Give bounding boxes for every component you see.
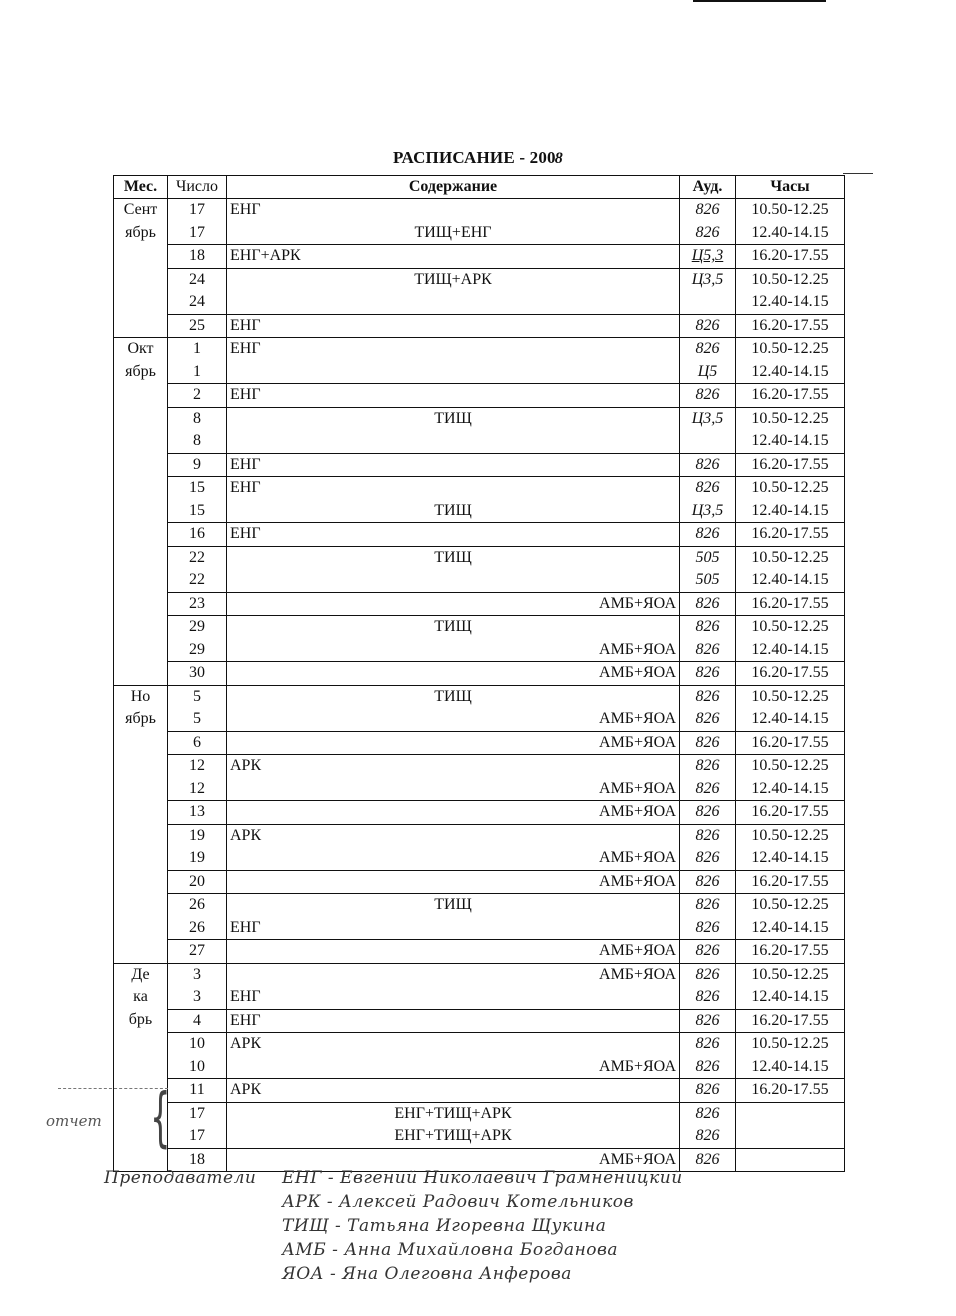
content-value: АМБ+ЯОА — [230, 940, 676, 963]
hours-value: 16.20-17.55 — [739, 245, 841, 268]
month-cell: Сентябрь — [114, 199, 168, 338]
content-cell: АРКАМБ+ЯОА — [227, 824, 680, 870]
day-cell: 2424 — [168, 268, 227, 314]
day-value: 19 — [171, 847, 223, 870]
header-extension-line — [843, 173, 873, 174]
day-cell: 13 — [168, 801, 227, 825]
day-value: 4 — [171, 1010, 223, 1033]
day-value: 15 — [171, 500, 223, 523]
teacher-line: ЯОА - Яна Олеговна Анферова — [282, 1264, 572, 1284]
content-cell: ЕНГ — [227, 314, 680, 338]
content-value: ЕНГ — [230, 917, 676, 940]
content-cell: ТИЩ+АРК — [227, 268, 680, 314]
hours-cell: 16.20-17.55 — [736, 523, 845, 547]
day-value: 8 — [171, 430, 223, 453]
hours-value: 12.40-14.15 — [739, 222, 841, 245]
title-year-digit: 8 — [555, 150, 563, 167]
day-cell: 27 — [168, 940, 227, 964]
day-value: 22 — [171, 547, 223, 570]
month-name-part: Сент — [117, 199, 164, 222]
col-header-month: Мес. — [114, 176, 168, 199]
content-cell: ЕНГТИЩ — [227, 477, 680, 523]
hours-cell: 10.50-12.2512.40-14.15 — [736, 1033, 845, 1079]
day-cell: 6 — [168, 731, 227, 755]
room-value: 826 — [683, 1149, 732, 1172]
hours-value: 10.50-12.25 — [739, 825, 841, 848]
table-row: 1212АРКАМБ+ЯОА82682610.50-12.2512.40-14.… — [114, 755, 845, 801]
room-value: 826 — [683, 338, 732, 361]
hours-cell: 10.50-12.2512.40-14.15 — [736, 338, 845, 384]
content-value: АМБ+ЯОА — [230, 593, 676, 616]
content-cell: ЕНГ — [227, 338, 680, 384]
margin-note: отчет — [46, 1112, 102, 1130]
hours-value — [739, 1125, 841, 1148]
day-value: 1 — [171, 338, 223, 361]
day-value: 17 — [171, 1125, 223, 1148]
hours-cell: 16.20-17.55 — [736, 245, 845, 269]
day-cell: 1212 — [168, 755, 227, 801]
room-value: 826 — [683, 686, 732, 709]
hours-cell: 10.50-12.2512.40-14.15 — [736, 963, 845, 1009]
schedule-table: Мес. Число Содержание Ауд. Часы Сентябрь… — [113, 175, 845, 1172]
hours-value — [739, 1103, 841, 1126]
day-cell: 16 — [168, 523, 227, 547]
room-value: Ц3,5 — [683, 500, 732, 523]
hours-value: 16.20-17.55 — [739, 315, 841, 338]
table-row: 2424ТИЩ+АРК Ц3,5 10.50-12.2512.40-14.15 — [114, 268, 845, 314]
content-value: АМБ+ЯОА — [230, 778, 676, 801]
hours-value: 16.20-17.55 — [739, 1079, 841, 1102]
content-cell: АМБ+ЯОА — [227, 940, 680, 964]
room-cell: 826 — [680, 870, 736, 894]
content-value: АМБ+ЯОА — [230, 662, 676, 685]
content-cell: ТИЩ — [227, 407, 680, 453]
day-cell: 2222 — [168, 546, 227, 592]
hours-value: 16.20-17.55 — [739, 871, 841, 894]
content-value: ЕНГ — [230, 523, 676, 546]
table-row: 23АМБ+ЯОА82616.20-17.55 — [114, 592, 845, 616]
content-value: ТИЩ — [230, 894, 676, 917]
room-cell: 826 — [680, 731, 736, 755]
room-cell: 826 — [680, 523, 736, 547]
day-cell: 1717 — [168, 199, 227, 245]
content-value: ЕНГ — [230, 199, 676, 222]
content-cell: АМБ+ЯОА — [227, 592, 680, 616]
hours-value: 12.40-14.15 — [739, 1056, 841, 1079]
hours-value: 10.50-12.25 — [739, 338, 841, 361]
hours-cell: 16.20-17.55 — [736, 940, 845, 964]
hours-value: 10.50-12.25 — [739, 616, 841, 639]
content-value: ЕНГ+ТИЩ+АРК — [230, 1103, 676, 1126]
table-row: Ноябрь55ТИЩАМБ+ЯОА82682610.50-12.2512.40… — [114, 685, 845, 731]
content-value — [230, 291, 676, 314]
table-row: 2222ТИЩ 50550510.50-12.2512.40-14.15 — [114, 546, 845, 592]
room-value: 505 — [683, 547, 732, 570]
room-value: 826 — [683, 708, 732, 731]
content-value: АМБ+ЯОА — [230, 801, 676, 824]
day-cell: 30 — [168, 662, 227, 686]
room-value: 826 — [683, 454, 732, 477]
hours-value: 12.40-14.15 — [739, 639, 841, 662]
content-cell: АМБ+ЯОА — [227, 662, 680, 686]
page-title: РАСПИСАНИЕ - 2008 — [0, 148, 956, 168]
day-value: 17 — [171, 222, 223, 245]
room-cell: 826826 — [680, 963, 736, 1009]
room-value: 826 — [683, 894, 732, 917]
content-value: АМБ+ЯОА — [230, 732, 676, 755]
room-value: 826 — [683, 1010, 732, 1033]
month-name-part: ка — [117, 986, 164, 1009]
content-cell: ЕНГ+АРК — [227, 245, 680, 269]
content-value: ЕНГ — [230, 315, 676, 338]
content-value: АМБ+ЯОА — [230, 871, 676, 894]
hours-value: 12.40-14.15 — [739, 569, 841, 592]
hours-cell — [736, 1148, 845, 1172]
month-name-part: Но — [117, 686, 164, 709]
room-value: 826 — [683, 917, 732, 940]
day-cell: 9 — [168, 453, 227, 477]
hours-value: 10.50-12.25 — [739, 964, 841, 987]
content-cell: ЕНГ — [227, 384, 680, 408]
day-value: 24 — [171, 291, 223, 314]
day-cell: 23 — [168, 592, 227, 616]
room-value: Ц5,3 — [683, 245, 732, 268]
table-row: 1515ЕНГТИЩ826Ц3,510.50-12.2512.40-14.15 — [114, 477, 845, 523]
room-cell: 826826 — [680, 1102, 736, 1148]
hours-cell: 16.20-17.55 — [736, 1079, 845, 1103]
month-name-part: Окт — [117, 338, 164, 361]
table-row: 25ЕНГ82616.20-17.55 — [114, 314, 845, 338]
hours-cell: 10.50-12.2512.40-14.15 — [736, 685, 845, 731]
content-value — [230, 430, 676, 453]
day-value: 2 — [171, 384, 223, 407]
room-value: 505 — [683, 569, 732, 592]
hours-value: 12.40-14.15 — [739, 847, 841, 870]
day-value: 30 — [171, 662, 223, 685]
table-row: 16ЕНГ82616.20-17.55 — [114, 523, 845, 547]
room-cell: 826Ц5 — [680, 338, 736, 384]
day-value: 10 — [171, 1056, 223, 1079]
content-value: ЕНГ+АРК — [230, 245, 676, 268]
table-row: Сентябрь1717ЕНГТИЩ+ЕНГ82682610.50-12.251… — [114, 199, 845, 245]
day-value: 6 — [171, 732, 223, 755]
hours-value: 16.20-17.55 — [739, 384, 841, 407]
room-cell: 826 — [680, 801, 736, 825]
room-cell: Ц3,5 — [680, 407, 736, 453]
hours-value: 12.40-14.15 — [739, 778, 841, 801]
hours-cell: 10.50-12.2512.40-14.15 — [736, 268, 845, 314]
month-name-part: ябрь — [117, 222, 164, 245]
hours-value: 10.50-12.25 — [739, 199, 841, 222]
hours-cell: 10.50-12.2512.40-14.15 — [736, 546, 845, 592]
hours-value: 12.40-14.15 — [739, 986, 841, 1009]
room-value: 826 — [683, 1079, 732, 1102]
room-value — [683, 291, 732, 314]
room-value: 826 — [683, 871, 732, 894]
table-row: 18ЕНГ+АРКЦ5,316.20-17.55 — [114, 245, 845, 269]
table-row: Октябрь11ЕНГ 826Ц510.50-12.2512.40-14.15 — [114, 338, 845, 384]
content-value: ЕНГ — [230, 477, 676, 500]
hours-value: 10.50-12.25 — [739, 686, 841, 709]
brace-mark: { — [150, 1086, 170, 1150]
content-value: ЕНГ — [230, 986, 676, 1009]
hours-value: 12.40-14.15 — [739, 917, 841, 940]
room-cell: 505505 — [680, 546, 736, 592]
room-cell: 826826 — [680, 685, 736, 731]
hours-cell: 16.20-17.55 — [736, 662, 845, 686]
hours-cell: 16.20-17.55 — [736, 801, 845, 825]
col-header-day: Число — [168, 176, 227, 199]
room-value: 826 — [683, 315, 732, 338]
day-value: 16 — [171, 523, 223, 546]
hours-value: 10.50-12.25 — [739, 408, 841, 431]
content-cell: АРКАМБ+ЯОА — [227, 1033, 680, 1079]
hours-cell: 16.20-17.55 — [736, 731, 845, 755]
room-value: 826 — [683, 199, 732, 222]
content-cell: ЕНГ — [227, 453, 680, 477]
content-value: АМБ+ЯОА — [230, 964, 676, 987]
content-value: ЕНГ — [230, 338, 676, 361]
hours-value: 10.50-12.25 — [739, 269, 841, 292]
hours-cell — [736, 1102, 845, 1148]
table-row: 2ЕНГ82616.20-17.55 — [114, 384, 845, 408]
hours-value: 12.40-14.15 — [739, 361, 841, 384]
day-value: 11 — [171, 1079, 223, 1102]
day-value: 18 — [171, 245, 223, 268]
room-cell: 826826 — [680, 199, 736, 245]
room-cell: 826826 — [680, 894, 736, 940]
content-value: ЕНГ — [230, 454, 676, 477]
day-value: 26 — [171, 894, 223, 917]
day-cell: 20 — [168, 870, 227, 894]
day-cell: 18 — [168, 245, 227, 269]
room-value: 826 — [683, 964, 732, 987]
room-value — [683, 430, 732, 453]
room-value: Ц3,5 — [683, 408, 732, 431]
hours-cell: 10.50-12.2512.40-14.15 — [736, 824, 845, 870]
month-name-part: ябрь — [117, 361, 164, 384]
content-cell: ЕНГ+ТИЩ+АРКЕНГ+ТИЩ+АРК — [227, 1102, 680, 1148]
room-value: 826 — [683, 384, 732, 407]
content-value: ТИЩ+ЕНГ — [230, 222, 676, 245]
content-cell: ТИЩЕНГ — [227, 894, 680, 940]
hours-value: 16.20-17.55 — [739, 454, 841, 477]
day-value: 13 — [171, 801, 223, 824]
table-row: 9ЕНГ82616.20-17.55 — [114, 453, 845, 477]
content-cell: АМБ+ЯОА — [227, 801, 680, 825]
content-cell: АМБ+ЯОА — [227, 870, 680, 894]
content-value: ТИЩ — [230, 500, 676, 523]
top-edge-line — [693, 0, 826, 2]
hours-cell: 16.20-17.55 — [736, 870, 845, 894]
room-cell: 826826 — [680, 616, 736, 662]
day-value: 17 — [171, 1103, 223, 1126]
content-value — [230, 361, 676, 384]
teacher-line: ТИЩ - Татьяна Игоревна Щукина — [282, 1216, 606, 1236]
hours-value: 10.50-12.25 — [739, 547, 841, 570]
hours-cell: 10.50-12.2512.40-14.15 — [736, 477, 845, 523]
hours-value: 16.20-17.55 — [739, 523, 841, 546]
hours-cell: 10.50-12.2512.40-14.15 — [736, 894, 845, 940]
header-row: Мес. Число Содержание Ауд. Часы — [114, 176, 845, 199]
table-row: 1919АРКАМБ+ЯОА82682610.50-12.2512.40-14.… — [114, 824, 845, 870]
content-value: ТИЩ — [230, 408, 676, 431]
content-value: АМБ+ЯОА — [230, 639, 676, 662]
day-cell: 11 — [168, 338, 227, 384]
room-cell: 826 — [680, 662, 736, 686]
content-cell: АРКАМБ+ЯОА — [227, 755, 680, 801]
day-value: 23 — [171, 593, 223, 616]
day-cell: 1717 — [168, 1102, 227, 1148]
hours-value — [739, 1149, 841, 1172]
table-row: 13АМБ+ЯОА82616.20-17.55 — [114, 801, 845, 825]
content-value: ТИЩ — [230, 686, 676, 709]
content-value: ЕНГ — [230, 384, 676, 407]
content-cell: ТИЩАМБ+ЯОА — [227, 685, 680, 731]
content-cell: АРК — [227, 1079, 680, 1103]
hours-value: 12.40-14.15 — [739, 500, 841, 523]
day-cell: 88 — [168, 407, 227, 453]
room-value: 826 — [683, 593, 732, 616]
room-cell: 826 — [680, 1148, 736, 1172]
content-cell: АМБ+ЯОА — [227, 731, 680, 755]
col-header-room: Ауд. — [680, 176, 736, 199]
content-value: ТИЩ — [230, 616, 676, 639]
room-value: 826 — [683, 825, 732, 848]
day-value: 5 — [171, 686, 223, 709]
room-value: 826 — [683, 940, 732, 963]
table-row: 1717ЕНГ+ТИЩ+АРКЕНГ+ТИЩ+АРК826826 — [114, 1102, 845, 1148]
content-value: АМБ+ЯОА — [230, 708, 676, 731]
day-value: 22 — [171, 569, 223, 592]
day-value: 15 — [171, 477, 223, 500]
room-value: 826 — [683, 1033, 732, 1056]
day-cell: 1010 — [168, 1033, 227, 1079]
content-cell: ЕНГ — [227, 1009, 680, 1033]
room-cell: 826 — [680, 314, 736, 338]
day-value: 9 — [171, 454, 223, 477]
content-value: АРК — [230, 755, 676, 778]
table-row: 4ЕНГ82616.20-17.55 — [114, 1009, 845, 1033]
room-cell: 826826 — [680, 824, 736, 870]
room-cell: 826826 — [680, 755, 736, 801]
hours-value: 10.50-12.25 — [739, 755, 841, 778]
content-value: АРК — [230, 825, 676, 848]
hours-cell: 10.50-12.2512.40-14.15 — [736, 407, 845, 453]
day-value: 19 — [171, 825, 223, 848]
room-value: Ц5 — [683, 361, 732, 384]
room-value: 826 — [683, 639, 732, 662]
day-cell: 4 — [168, 1009, 227, 1033]
day-value: 12 — [171, 778, 223, 801]
hours-value: 16.20-17.55 — [739, 662, 841, 685]
day-value: 3 — [171, 964, 223, 987]
hours-cell: 16.20-17.55 — [736, 384, 845, 408]
room-cell: Ц3,5 — [680, 268, 736, 314]
table-row: 2929ТИЩАМБ+ЯОА82682610.50-12.2512.40-14.… — [114, 616, 845, 662]
room-cell: 826 — [680, 940, 736, 964]
room-value: 826 — [683, 1125, 732, 1148]
table-row: 2626ТИЩЕНГ82682610.50-12.2512.40-14.15 — [114, 894, 845, 940]
room-cell: 826826 — [680, 1033, 736, 1079]
table-row: Декабрь33АМБ+ЯОАЕНГ82682610.50-12.2512.4… — [114, 963, 845, 1009]
room-value: 826 — [683, 523, 732, 546]
content-value: ЕНГ+ТИЩ+АРК — [230, 1125, 676, 1148]
hours-cell: 10.50-12.2512.40-14.15 — [736, 755, 845, 801]
day-value: 10 — [171, 1033, 223, 1056]
room-value: 826 — [683, 222, 732, 245]
day-value: 5 — [171, 708, 223, 731]
room-value: 826 — [683, 986, 732, 1009]
day-cell: 2929 — [168, 616, 227, 662]
room-cell: 826 — [680, 1009, 736, 1033]
title-text: РАСПИСАНИЕ - 200 — [393, 148, 556, 167]
day-cell: 1515 — [168, 477, 227, 523]
hours-value: 16.20-17.55 — [739, 732, 841, 755]
hours-value: 16.20-17.55 — [739, 940, 841, 963]
room-cell: 826 — [680, 384, 736, 408]
day-cell: 1919 — [168, 824, 227, 870]
content-cell: АМБ+ЯОАЕНГ — [227, 963, 680, 1009]
content-cell: ТИЩАМБ+ЯОА — [227, 616, 680, 662]
room-value: 826 — [683, 616, 732, 639]
day-value: 29 — [171, 616, 223, 639]
room-cell: Ц5,3 — [680, 245, 736, 269]
day-value: 29 — [171, 639, 223, 662]
room-cell: 826 — [680, 1079, 736, 1103]
day-value: 20 — [171, 871, 223, 894]
day-cell: 33 — [168, 963, 227, 1009]
content-cell: ЕНГ — [227, 523, 680, 547]
month-name-part: ябрь — [117, 708, 164, 731]
content-value: ТИЩ+АРК — [230, 269, 676, 292]
room-value: 826 — [683, 732, 732, 755]
day-cell: 11 — [168, 1079, 227, 1103]
hours-cell: 16.20-17.55 — [736, 592, 845, 616]
month-cell: Ноябрь — [114, 685, 168, 963]
day-cell: 2 — [168, 384, 227, 408]
room-value: Ц3,5 — [683, 269, 732, 292]
table-row: 1010АРКАМБ+ЯОА82682610.50-12.2512.40-14.… — [114, 1033, 845, 1079]
hours-cell: 10.50-12.2512.40-14.15 — [736, 199, 845, 245]
content-value: АРК — [230, 1033, 676, 1056]
month-name-part: брь — [117, 1009, 164, 1032]
table-row: 20АМБ+ЯОА82616.20-17.55 — [114, 870, 845, 894]
room-value: 826 — [683, 847, 732, 870]
hours-cell: 16.20-17.55 — [736, 1009, 845, 1033]
content-value — [230, 569, 676, 592]
day-value: 3 — [171, 986, 223, 1009]
content-value: АМБ+ЯОА — [230, 847, 676, 870]
room-cell: 826 — [680, 453, 736, 477]
table-row: 6АМБ+ЯОА82616.20-17.55 — [114, 731, 845, 755]
day-value: 1 — [171, 361, 223, 384]
col-header-content: Содержание — [227, 176, 680, 199]
day-value: 8 — [171, 408, 223, 431]
room-value: 826 — [683, 1056, 732, 1079]
content-value: ТИЩ — [230, 547, 676, 570]
hours-value: 16.20-17.55 — [739, 801, 841, 824]
hours-value: 10.50-12.25 — [739, 894, 841, 917]
table-row: 88ТИЩ Ц3,5 10.50-12.2512.40-14.15 — [114, 407, 845, 453]
room-value: 826 — [683, 778, 732, 801]
day-value: 12 — [171, 755, 223, 778]
day-cell: 2626 — [168, 894, 227, 940]
table-row: 11АРК82616.20-17.55 — [114, 1079, 845, 1103]
day-value: 25 — [171, 315, 223, 338]
hours-value: 10.50-12.25 — [739, 1033, 841, 1056]
teacher-line: ЕНГ - Евгений Николаевич Грамненицкий — [282, 1168, 683, 1188]
